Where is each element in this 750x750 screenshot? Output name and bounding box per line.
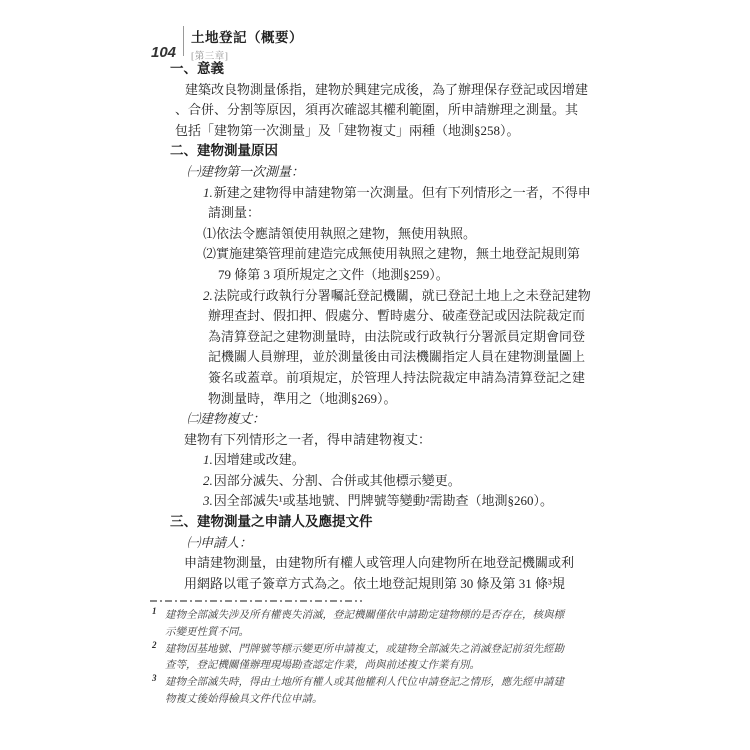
text-line: 包括「建物第一次測量」及「建物複丈」兩種（地測§258）。 — [150, 121, 610, 142]
footnote-line: 查等，登記機關僅辦理現場勘查認定作業，尚與前述複丈作業有別。 — [165, 658, 600, 675]
text-line: 申請建物測量，由建物所有權人或管理人向建物所在地登記機關或利 — [150, 553, 610, 574]
list-item-number: 2. — [203, 288, 213, 303]
list-item-text: 新建之建物得申請建物第一次測量。但有下列情形之一者，不得申 — [214, 185, 591, 200]
text-line: 、合併、分割等原因，須再次確認其權利範圍，所申請辦理之測量。其 — [150, 100, 610, 121]
text-line: 物測量時，準用之（地測§269）。 — [150, 389, 610, 410]
list-item: ⑴依法令應請領使用執照之建物，無使用執照。 — [150, 224, 610, 245]
list-item: ⑵實施建築管理前建造完成無使用執照之建物，無土地登記規則第 — [150, 244, 610, 265]
book-title: 土地登記（概要） — [191, 26, 303, 46]
footnote: 1 建物全部滅失涉及所有權喪失消滅，登記機關僅依申請勘定建物標的是否存在，核與標… — [150, 608, 600, 642]
footnote-marker: 1 — [152, 606, 157, 616]
text-line: 請測量： — [150, 203, 610, 224]
book-page: 104 土地登記（概要） [第三章] 一、意義 建築改良物測量係指，建物於興建完… — [0, 0, 750, 750]
text-line: 辦理查封、假扣押、假處分、暫時處分、破產登記或因法院裁定而 — [150, 306, 610, 327]
footnote-line: 示變更性質不同。 — [165, 625, 600, 642]
footnote-line: 建物全部滅失涉及所有權喪失消滅，登記機關僅依申請勘定建物標的是否存在，核與標 — [165, 608, 600, 625]
footnote-marker: 3 — [152, 673, 157, 683]
header-titles: 土地登記（概要） [第三章] — [191, 26, 303, 62]
list-item: 2.法院或行政執行分署囑託登記機關，就已登記土地上之未登記建物 — [150, 286, 610, 307]
footnote-separator — [150, 600, 362, 602]
footnote-line: 建物因基地號、門牌號等標示變更所申請複丈，或建物全部滅失之消滅登記前須先經勘 — [165, 642, 600, 659]
text-line: 記機關人員辦理，並於測量後由司法機關指定人員在建物測量圖上 — [150, 347, 610, 368]
list-item: 3.因全部滅失¹或基地號、門牌號等變動²需勘查（地測§260）。 — [150, 491, 610, 512]
footnote: 3 建物全部滅失時，得由土地所有權人或其他權利人代位申請登記之情形，應先經申請建… — [150, 675, 600, 709]
list-item-number: 1. — [203, 185, 213, 200]
text-line: 用網路以電子簽章方式為之。依土地登記規則第 30 條及第 31 條³規 — [150, 574, 610, 595]
main-text: 一、意義 建築改良物測量係指，建物於興建完成後，為了辦理保存登記或因增建 、合併… — [150, 59, 610, 594]
list-item-number: 3. — [203, 493, 213, 508]
page-header: 104 土地登記（概要） [第三章] — [151, 26, 303, 62]
list-item: 1.新建之建物得申請建物第一次測量。但有下列情形之一者，不得申 — [150, 183, 610, 204]
text-line: 簽名或蓋章。前項規定，於管理人持法院裁定申請為清算登記之建 — [150, 368, 610, 389]
footnote-line: 建物全部滅失時，得由土地所有權人或其他權利人代位申請登記之情形，應先經申請建 — [165, 675, 600, 692]
text-line: 建築改良物測量係指，建物於興建完成後，為了辦理保存登記或因增建 — [150, 80, 610, 101]
footnotes: 1 建物全部滅失涉及所有權喪失消滅，登記機關僅依申請勘定建物標的是否存在，核與標… — [150, 608, 600, 709]
footnote-line: 物複丈後始得檢具文件代位申請。 — [165, 692, 600, 709]
list-item-number: 2. — [203, 473, 213, 488]
text-line: 為清算登記之建物測量時，由法院或行政執行分署派員定期會同登 — [150, 327, 610, 348]
section-heading: 一、意義 — [150, 59, 610, 80]
list-item-text: 法院或行政執行分署囑託登記機關，就已登記土地上之未登記建物 — [214, 288, 591, 303]
subsection-heading: ㈠申請人： — [150, 533, 610, 554]
section-heading: 二、建物測量原因 — [150, 141, 610, 162]
list-item-number: 1. — [203, 452, 213, 467]
list-item: 2.因部分滅失、分割、合併或其他標示變更。 — [150, 471, 610, 492]
footnote: 2 建物因基地號、門牌號等標示變更所申請複丈，或建物全部滅失之消滅登記前須先經勘… — [150, 642, 600, 676]
list-item-text: 因部分滅失、分割、合併或其他標示變更。 — [214, 473, 461, 488]
text-line: 79 條第 3 項所規定之文件（地測§259）。 — [150, 265, 610, 286]
section-heading: 三、建物測量之申請人及應提文件 — [150, 512, 610, 533]
footnote-marker: 2 — [152, 640, 157, 650]
subsection-heading: ㈡建物複丈： — [150, 409, 610, 430]
text-line: 建物有下列情形之一者，得申請建物複丈： — [150, 430, 610, 451]
list-item-text: 因全部滅失¹或基地號、門牌號等變動²需勘查（地測§260）。 — [214, 493, 553, 508]
header-divider — [183, 26, 184, 56]
list-item-text: 因增建或改建。 — [214, 452, 305, 467]
subsection-heading: ㈠建物第一次測量： — [150, 162, 610, 183]
list-item: 1.因增建或改建。 — [150, 450, 610, 471]
